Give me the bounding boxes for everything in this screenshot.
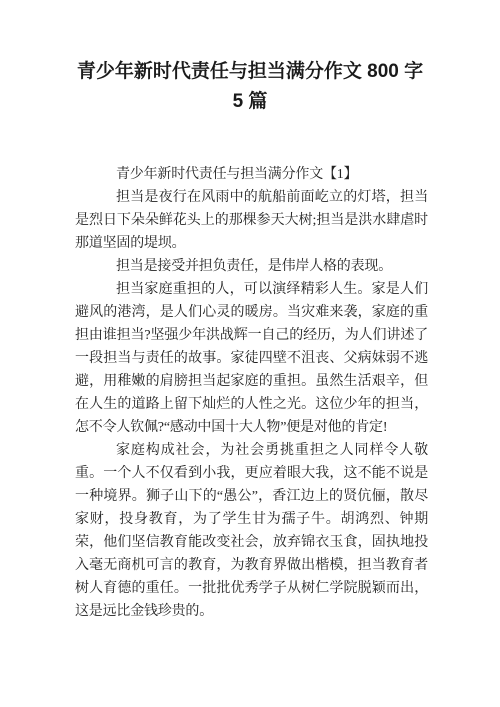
paragraph: 担当是夜行在风雨中的航船前面屹立的灯塔，担当是烈日下朵朵鲜花头上的那棵参天大树;…: [75, 186, 428, 255]
text-line: 那道坚固的堤坝。: [75, 232, 428, 255]
text-line: 重。一个人不仅看到小我，更应着眼大我，这不能不说是: [75, 462, 428, 485]
text-line: 树人育德的重任。一批批优秀学子从树仁学院脱颖而出，: [75, 577, 428, 600]
paragraph: 家庭构成社会，为社会勇挑重担之人同样令人敬重。一个人不仅看到小我，更应着眼大我，…: [75, 439, 428, 623]
text-line: 青少年新时代责任与担当满分作文【1】: [75, 163, 428, 186]
text-line: 家财，投身教育，为了学生甘为孺子牛。胡鸿烈、钟期: [75, 508, 428, 531]
document-page: 青少年新时代责任与担当满分作文 800 字 5 篇 青少年新时代责任与担当满分作…: [0, 0, 500, 707]
section-heading: 青少年新时代责任与担当满分作文【1】: [75, 163, 428, 186]
text-line: 担由谁担当?坚强少年洪战辉一自己的经历，为人们讲述了: [75, 324, 428, 347]
text-line: 这是远比金钱珍贵的。: [75, 600, 428, 623]
text-line: 担当家庭重担的人，可以演绎精彩人生。家是人们: [75, 278, 428, 301]
text-line: 是烈日下朵朵鲜花头上的那棵参天大树;担当是洪水肆虐时: [75, 209, 428, 232]
text-line: 入毫无商机可言的教育，为教育界做出楷模，担当教育者: [75, 554, 428, 577]
page-title-line-1: 青少年新时代责任与担当满分作文 800 字: [0, 57, 500, 87]
text-line: 避风的港湾，是人们心灵的暖房。当灾难来袭，家庭的重: [75, 301, 428, 324]
text-line: 荣，他们坚信教育能改变社会，放弃锦衣玉食，固执地投: [75, 531, 428, 554]
page-title: 青少年新时代责任与担当满分作文 800 字 5 篇: [0, 0, 500, 117]
text-line: 在人生的道路上留下灿烂的人性之光。这位少年的担当，: [75, 393, 428, 416]
page-title-line-2: 5 篇: [0, 87, 500, 117]
text-line: 怎不令人钦佩?“感动中国十大人物”便是对他的肯定!: [75, 416, 428, 439]
text-line: 担当是接受并担负责任，是伟岸人格的表现。: [75, 255, 428, 278]
text-line: 一段担当与责任的故事。家徒四壁不沮丧、父病妹弱不逃: [75, 347, 428, 370]
text-line: 担当是夜行在风雨中的航船前面屹立的灯塔，担当: [75, 186, 428, 209]
text-line: 避，用稚嫩的肩膀担当起家庭的重担。虽然生活艰辛，但: [75, 370, 428, 393]
paragraph: 担当是接受并担负责任，是伟岸人格的表现。: [75, 255, 428, 278]
text-line: 一种境界。狮子山下的“愚公”，香江边上的贤伉俪，散尽: [75, 485, 428, 508]
document-body: 青少年新时代责任与担当满分作文【1】担当是夜行在风雨中的航船前面屹立的灯塔，担当…: [75, 163, 428, 623]
text-line: 家庭构成社会，为社会勇挑重担之人同样令人敬: [75, 439, 428, 462]
paragraph: 担当家庭重担的人，可以演绎精彩人生。家是人们避风的港湾，是人们心灵的暖房。当灾难…: [75, 278, 428, 439]
